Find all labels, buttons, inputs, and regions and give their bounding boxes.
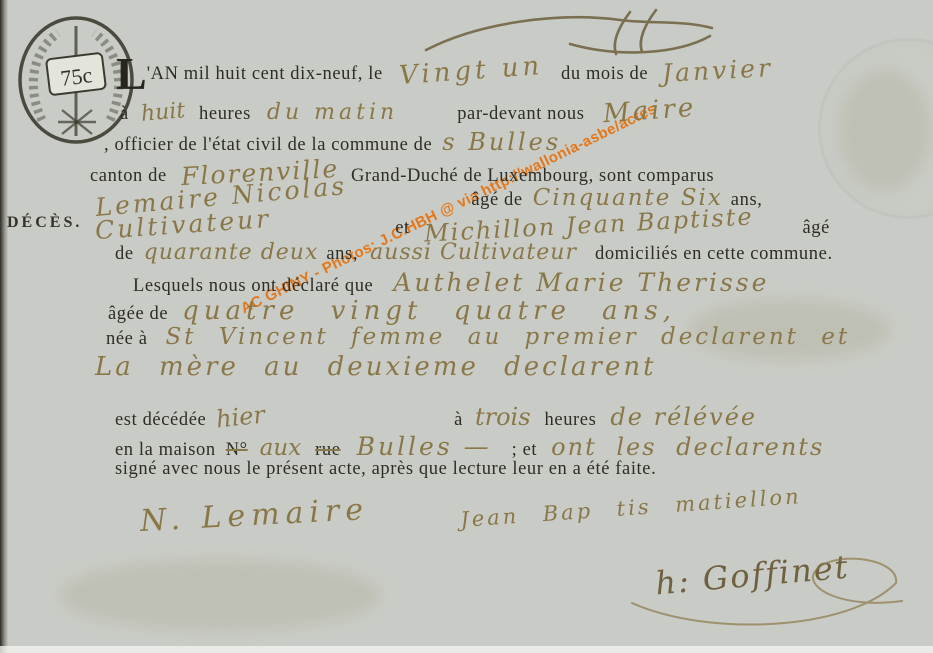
act-line-house: en la maison N° aux rue Bulles — ; et on… — [115, 432, 824, 461]
hw-aux: aux — [260, 435, 302, 461]
printed-closing-formula: signé avec nous le présent acte, après q… — [115, 459, 656, 479]
printed-number-struck: N° — [226, 440, 248, 460]
printed-at-2: à — [454, 410, 463, 430]
hw-mother-relation: La mère au deuxieme declarent — [95, 352, 657, 382]
signature-swash-icon — [618, 545, 918, 635]
printed-domiciled: domiciliés en cette commune. — [595, 244, 833, 264]
book-binding-edge — [0, 0, 11, 653]
printed-hours-2: heures — [545, 410, 597, 430]
page-bottom-edge — [0, 646, 933, 653]
hw-birthplace-relation: St Vincent femme au premier declarent et — [166, 324, 851, 350]
hw-month: Janvier — [662, 53, 774, 88]
hw-day-number: Vingt un — [398, 51, 544, 91]
act-line-death: est décédée hier à trois heures de rélév… — [115, 403, 757, 431]
printed-and-have: ; et — [512, 440, 538, 460]
stamp-value: 75c — [59, 62, 94, 91]
death-record-scan: 75c AC GHINY - Photos: J.C.HBH @ via htt… — [0, 0, 933, 653]
bleed-through-mark — [60, 560, 380, 630]
printed-aged-2: âgé — [803, 218, 830, 238]
printed-month-lead: du mois de — [561, 64, 648, 84]
hw-deceased-name: Authelet Marie Therisse — [393, 268, 769, 297]
signature-declarant: Jean Bap tis matiellon — [460, 496, 802, 520]
printed-born-at: née à — [106, 329, 148, 349]
printed-is-deceased: est décédée — [115, 410, 206, 430]
hw-afternoon: de rélévée — [610, 403, 757, 431]
hw-commune-name: s Bulles — [442, 128, 561, 156]
act-line-deceased-age: âgée de quatre vingt quatre ans, — [108, 296, 676, 326]
hw-declarant1-occupation: Cultivateur — [94, 204, 272, 245]
act-line-declarant2-age: de quarante deux ans, aussi Cultivateur … — [115, 240, 833, 265]
hw-morning: du matin — [267, 100, 398, 125]
hw-place-name: Bulles — — [357, 432, 492, 461]
act-line-closing: signé avec nous le présent acte, après q… — [115, 459, 656, 480]
printed-before-us: par-devant nous — [457, 104, 584, 124]
act-line-relation2: La mère au deuxieme declarent — [95, 352, 657, 382]
hw-death-hour: trois — [475, 403, 531, 431]
printed-year-formula: 'AN mil huit cent dix-neuf, le — [147, 64, 383, 84]
printed-of: de — [115, 244, 134, 264]
printed-aged-f: âgée de — [108, 304, 168, 324]
printed-at: à — [120, 104, 129, 124]
paraph-flourish-icon — [420, 6, 720, 61]
printed-hours: heures — [199, 104, 251, 124]
printed-in-house: en la maison — [115, 440, 216, 460]
hw-declarants-signed: ont les declarents — [551, 433, 824, 461]
printed-declared-that: Lesquels nous ont déclaré que — [133, 276, 373, 296]
hw-hour: huit — [140, 98, 186, 127]
hw-declarant2-age: quarante deux — [144, 240, 319, 265]
hw-mayor-title: Maire — [602, 93, 697, 129]
printed-civil-officer: , officier de l'état civil de la commune… — [104, 135, 432, 155]
drop-cap-initial: L — [116, 48, 147, 99]
act-line-officer: , officier de l'état civil de la commune… — [104, 128, 561, 156]
act-type-label: DÉCÈS. — [7, 214, 82, 232]
act-line-opening: L'AN mil huit cent dix-neuf, le Vingt un… — [116, 56, 773, 93]
act-line-birthplace: née à St Vincent femme au premier declar… — [106, 324, 850, 350]
hw-deceased-age: quatre vingt quatre ans, — [182, 296, 676, 326]
act-line-declarant2: Cultivateur et Michillon Jean Baptiste â… — [95, 210, 830, 239]
printed-street-struck: rue — [315, 440, 340, 460]
hw-death-day: hier — [215, 401, 266, 434]
printed-and: et — [395, 218, 410, 238]
act-line-declaration: Lesquels nous ont déclaré que Authelet M… — [133, 268, 769, 297]
signature-declarant-text: Jean Bap tis matiellon — [460, 484, 803, 532]
printed-years-2: ans, — [326, 244, 358, 264]
signature-mayor-text: N. Lemaire — [139, 492, 370, 539]
hw-declarant2-occupation: aussi Cultivateur — [370, 240, 577, 265]
act-line-hour: à huit heures du matin par-devant nous M… — [120, 96, 696, 126]
bleed-through-mark — [840, 70, 930, 190]
printed-aged: âgé de — [471, 190, 522, 210]
signature-mayor: N. Lemaire — [140, 498, 369, 533]
